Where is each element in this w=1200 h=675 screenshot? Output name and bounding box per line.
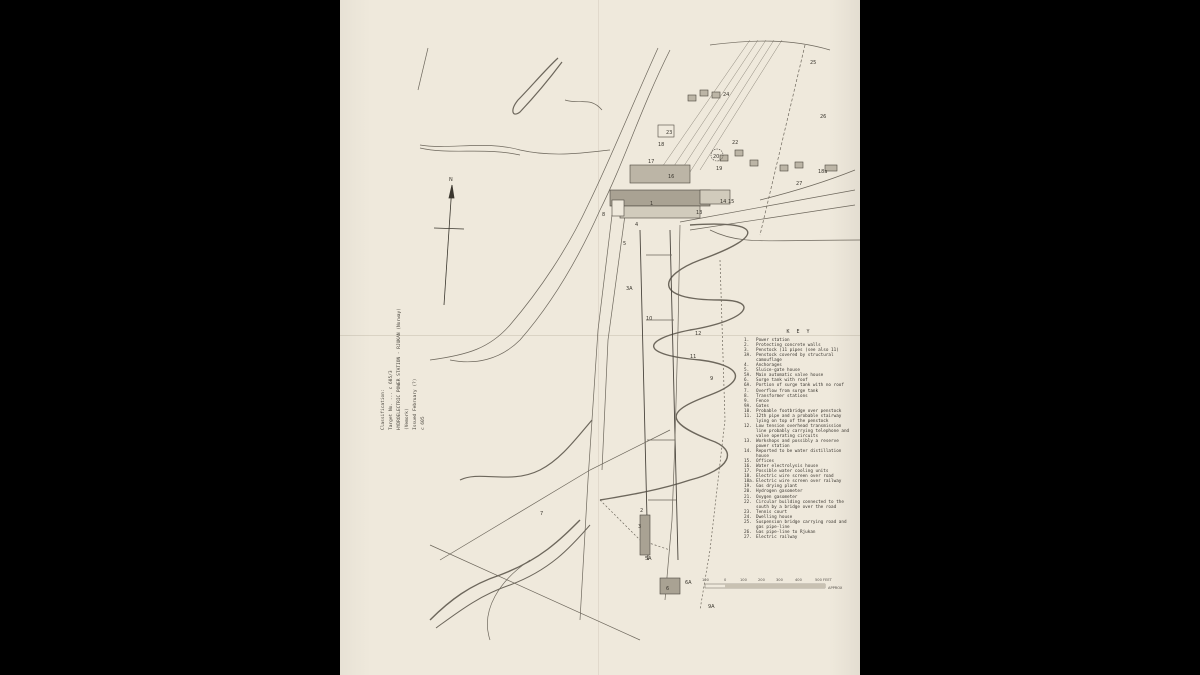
svg-text:100: 100 (740, 578, 748, 582)
house (795, 162, 803, 168)
svg-text:400: 400 (795, 578, 803, 582)
north-arrow: N (434, 177, 464, 305)
key-item-number: 3A. (744, 353, 756, 363)
target-subtitle: (Vemork) (404, 308, 412, 430)
map-key: K E Y 1.Power station2.Protecting concre… (744, 330, 854, 540)
power-line-left (580, 215, 612, 620)
key-item-number: 11. (744, 414, 756, 424)
railway-2 (690, 205, 855, 230)
house (750, 160, 758, 166)
house (688, 95, 696, 101)
svg-text:11: 11 (690, 354, 696, 360)
building-16 (630, 165, 690, 183)
classification-label: Classification: (380, 308, 388, 430)
svg-text:20: 20 (713, 154, 719, 160)
switchback-road (600, 224, 748, 500)
svg-text:200: 200 (758, 578, 766, 582)
svg-text:17: 17 (648, 159, 654, 165)
svg-text:16: 16 (668, 174, 674, 180)
key-item-text: Suspension bridge carrying road and gas … (756, 520, 854, 530)
svg-text:22: 22 (732, 140, 738, 146)
key-item-text: 12th pipe and a probable stairway lying … (756, 414, 854, 424)
stream-upper (420, 145, 610, 154)
issued-date: Issued February (?) (412, 308, 420, 430)
svg-text:APPROX: APPROX (828, 586, 843, 590)
svg-text:2: 2 (640, 508, 643, 514)
svg-text:6: 6 (666, 586, 669, 592)
svg-text:5: 5 (623, 241, 626, 247)
road-right (760, 170, 855, 200)
svg-text:14: 14 (720, 199, 726, 205)
key-item-number: 27. (744, 535, 756, 540)
key-title: K E Y (744, 330, 854, 335)
svg-text:18: 18 (658, 142, 664, 148)
key-item: 3A.Penstock covered by structural camouf… (744, 353, 854, 363)
key-item-number: 22. (744, 500, 756, 510)
reference-number: c 605 (420, 308, 428, 430)
road-mid (710, 230, 860, 241)
svg-text:5A: 5A (645, 556, 652, 562)
svg-text:13: 13 (696, 210, 702, 216)
svg-text:0: 0 (724, 578, 727, 582)
svg-text:9A: 9A (708, 604, 715, 610)
key-item-number: 13. (744, 439, 756, 449)
house (735, 150, 743, 156)
key-item: 12.Low tension overhead transmission lin… (744, 424, 854, 439)
surge-tank-6 (660, 578, 680, 594)
svg-text:N: N (449, 177, 453, 183)
key-item-number: 12. (744, 424, 756, 439)
svg-text:7: 7 (540, 511, 543, 517)
target-title: HYDROELECTRIC POWER STATION - RJUKAN (No… (396, 308, 404, 430)
svg-text:1: 1 (650, 201, 653, 207)
penstock-3 (640, 515, 650, 555)
svg-text:100: 100 (702, 578, 710, 582)
power-line-diag (430, 545, 640, 640)
fence-lower (600, 500, 670, 550)
key-item: 11.12th pipe and a probable stairway lyi… (744, 414, 854, 424)
house (712, 92, 720, 98)
svg-text:3: 3 (638, 524, 641, 530)
key-item-text: Circular building connected to the south… (756, 500, 854, 510)
key-item-number: 25. (744, 520, 756, 530)
svg-text:4: 4 (635, 222, 638, 228)
key-item: 14.Reported to be water distillation hou… (744, 449, 854, 459)
svg-text:500 FEET: 500 FEET (815, 578, 833, 582)
svg-text:18a: 18a (818, 169, 827, 175)
power-line-left-2 (602, 215, 625, 470)
building-1 (620, 206, 700, 218)
building-13 (610, 190, 710, 206)
river-island (513, 58, 562, 114)
map-sheet: 100 0 100 200 300 400 500 FEET APPROX N … (340, 0, 860, 675)
svg-text:12: 12 (695, 331, 701, 337)
svg-text:9: 9 (710, 376, 713, 382)
svg-text:300: 300 (776, 578, 784, 582)
svg-text:23: 23 (666, 130, 672, 136)
key-item: 27.Electric railway (744, 535, 854, 540)
house (780, 165, 788, 171)
fence-line (700, 260, 725, 610)
river-lower-2 (436, 525, 590, 628)
transformer-8 (612, 200, 624, 216)
stream-upper-2 (420, 148, 520, 155)
key-item-number: 14. (744, 449, 756, 459)
lower-road (460, 420, 592, 480)
svg-text:3A: 3A (626, 286, 633, 292)
key-item-text: Workshops and possibly a reserve power s… (756, 439, 854, 449)
road-top-right (710, 41, 830, 50)
key-item-text: Penstock covered by structural camouflag… (756, 353, 854, 363)
key-item: 25.Suspension bridge carrying road and g… (744, 520, 854, 530)
power-line-diag-2 (440, 430, 670, 560)
svg-text:27: 27 (796, 181, 802, 187)
target-number: Target No. ... c 605/3 (388, 308, 396, 430)
stream-fork (565, 100, 602, 110)
house (700, 90, 708, 96)
key-item-text: Reported to be water distillation house (756, 449, 854, 459)
scale-bar: 100 0 100 200 300 400 500 FEET APPROX (702, 578, 843, 590)
house (720, 155, 728, 161)
svg-text:24: 24 (723, 92, 729, 98)
key-item: 13.Workshops and possibly a reserve powe… (744, 439, 854, 449)
svg-text:6A: 6A (685, 580, 692, 586)
river-lower (430, 520, 580, 620)
key-item-text: Low tension overhead transmission line p… (756, 424, 854, 439)
key-item-text: Electric railway (756, 535, 797, 540)
rotated-title-block: Classification: Target No. ... c 605/3 H… (380, 308, 428, 430)
transmission-lines-upper (660, 40, 782, 172)
gas-pipeline (760, 45, 805, 235)
svg-text:25: 25 (810, 60, 816, 66)
key-item: 22.Circular building connected to the so… (744, 500, 854, 510)
svg-text:19: 19 (716, 166, 722, 172)
svg-text:8: 8 (602, 212, 605, 218)
svg-text:26: 26 (820, 114, 826, 120)
svg-text:15: 15 (728, 199, 734, 205)
road-stub (418, 48, 428, 90)
svg-text:10: 10 (646, 316, 652, 322)
